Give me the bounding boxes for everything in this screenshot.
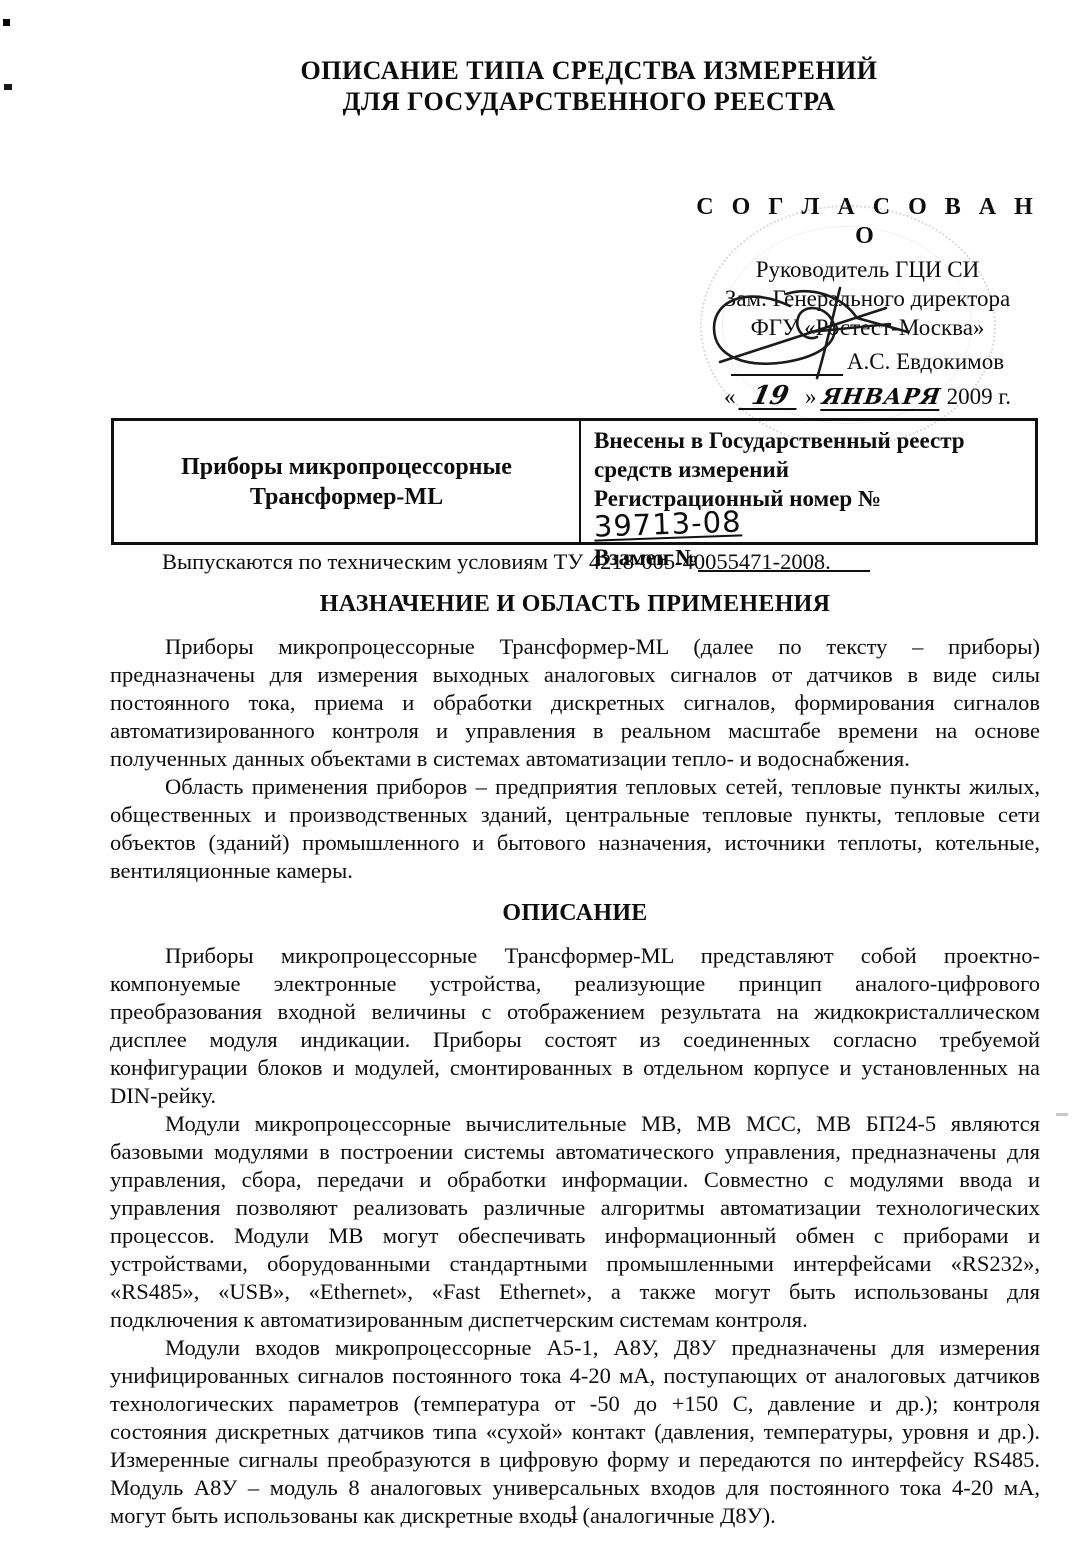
paragraph-purpose-1: Приборы микропроцессорные Трансформер-ML…	[110, 633, 1040, 773]
scan-speck	[4, 84, 12, 90]
technical-conditions-line: Выпускаются по техническим условиям ТУ 4…	[110, 548, 1040, 576]
signature-scrawl	[690, 278, 1030, 403]
document-title-line2: ДЛЯ ГОСУДАРСТВЕННОГО РЕЕСТРА	[138, 86, 1040, 117]
registration-number-row: Регистрационный номер №39713-08	[594, 484, 1027, 543]
scan-speck	[3, 19, 10, 26]
scan-speck	[1056, 1113, 1068, 1116]
paragraph-description-2: Модули микропроцессорные вычислительные …	[110, 1110, 1040, 1334]
registry-entry-line2: средств измерений	[594, 455, 1027, 484]
approval-heading: С О Г Л А С О В А Н О	[695, 193, 1040, 251]
registry-table-registration-cell: Внесены в Государственный реестр средств…	[581, 421, 1035, 542]
handwritten-registration-number: 39713-08	[593, 508, 742, 541]
device-name-line2: Трансформер-ML	[250, 482, 443, 512]
document-title-line1: ОПИСАНИЕ ТИПА СРЕДСТВА ИЗМЕРЕНИЙ	[138, 55, 1040, 86]
registry-table: Приборы микропроцессорные Трансформер-ML…	[111, 418, 1038, 545]
document-title: ОПИСАНИЕ ТИПА СРЕДСТВА ИЗМЕРЕНИЙ ДЛЯ ГОС…	[110, 55, 1040, 117]
document-body: Выпускаются по техническим условиям ТУ 4…	[110, 548, 1040, 1530]
registry-table-device-cell: Приборы микропроцессорные Трансформер-ML	[114, 421, 581, 542]
document-page: ОПИСАНИЕ ТИПА СРЕДСТВА ИЗМЕРЕНИЙ ДЛЯ ГОС…	[0, 0, 1086, 1560]
section-heading-purpose: НАЗНАЧЕНИЕ И ОБЛАСТЬ ПРИМЕНЕНИЯ	[110, 590, 1040, 618]
registry-entry-line1: Внесены в Государственный реестр	[594, 426, 1027, 455]
device-name-line1: Приборы микропроцессорные	[181, 452, 512, 482]
section-heading-description: ОПИСАНИЕ	[110, 899, 1040, 927]
page-number: 1	[110, 1500, 1038, 1526]
paragraph-purpose-2: Область применения приборов – предприяти…	[110, 773, 1040, 885]
paragraph-description-1: Приборы микропроцессорные Трансформер-ML…	[110, 942, 1040, 1110]
